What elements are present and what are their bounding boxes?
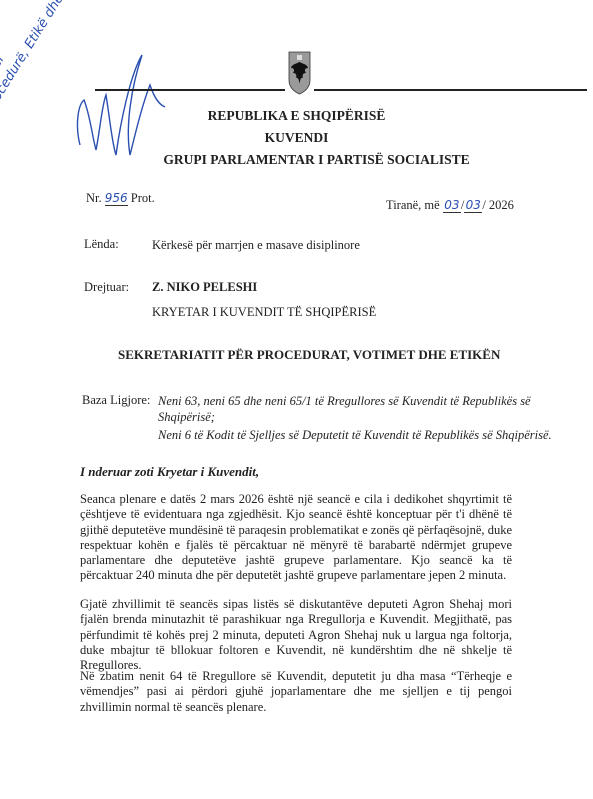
body-paragraph-1: Seanca plenare e datës 2 mars 2026 është… — [80, 492, 512, 584]
date-prefix: Tiranë, më — [386, 198, 440, 212]
letterhead-kuvendi: KUVENDI — [0, 130, 593, 146]
recipient-heading: SEKRETARIATIT PËR PROCEDURAT, VOTIMET DH… — [118, 347, 500, 363]
letterhead-group: GRUPI PARLAMENTAR I PARTISË SOCIALISTE — [20, 152, 593, 168]
addressee-name: Z. NIKO PELESHI — [152, 280, 257, 295]
body-paragraph-2: Gjatë zhvillimit të seancës sipas listës… — [80, 597, 512, 673]
date-year: 2026 — [489, 198, 514, 212]
albanian-coat-of-arms-icon — [288, 50, 311, 95]
protocol-prefix: Nr. — [86, 191, 102, 205]
legal-basis-line-3: Neni 6 të Kodit të Sjelljes së Deputetit… — [158, 428, 552, 443]
legal-basis-line-1: Neni 63, neni 65 dhe neni 65/1 të Rregul… — [158, 394, 531, 409]
legal-basis-label: Baza Ligjore: — [82, 393, 150, 408]
addressee-title: KRYETAR I KUVENDIT TË SHQIPËRISË — [152, 305, 376, 320]
protocol-number-value: 956 — [105, 191, 128, 206]
legal-basis-line-2: Shqipërisë; — [158, 410, 215, 425]
header-rule-left — [95, 89, 285, 91]
addressee-label: Drejtuar: — [84, 280, 129, 295]
subject-value: Kërkesë për marrjen e masave disiplinore — [152, 238, 360, 253]
salutation: I nderuar zoti Kryetar i Kuvendit, — [80, 464, 259, 480]
header-rule-right — [314, 89, 587, 91]
document-date: Tiranë, më 03/03/ 2026 — [386, 198, 514, 213]
date-month: 03 — [464, 198, 482, 213]
body-paragraph-3: Në zbatim nenit 64 të Rregullore së Kuve… — [80, 669, 512, 715]
subject-label: Lënda: — [84, 237, 119, 252]
letterhead-republic: REPUBLIKA E SHQIPËRISË — [0, 108, 593, 124]
protocol-suffix: Prot. — [131, 191, 155, 205]
date-day: 03 — [443, 198, 461, 213]
protocol-number: Nr. 956 Prot. — [86, 191, 155, 206]
